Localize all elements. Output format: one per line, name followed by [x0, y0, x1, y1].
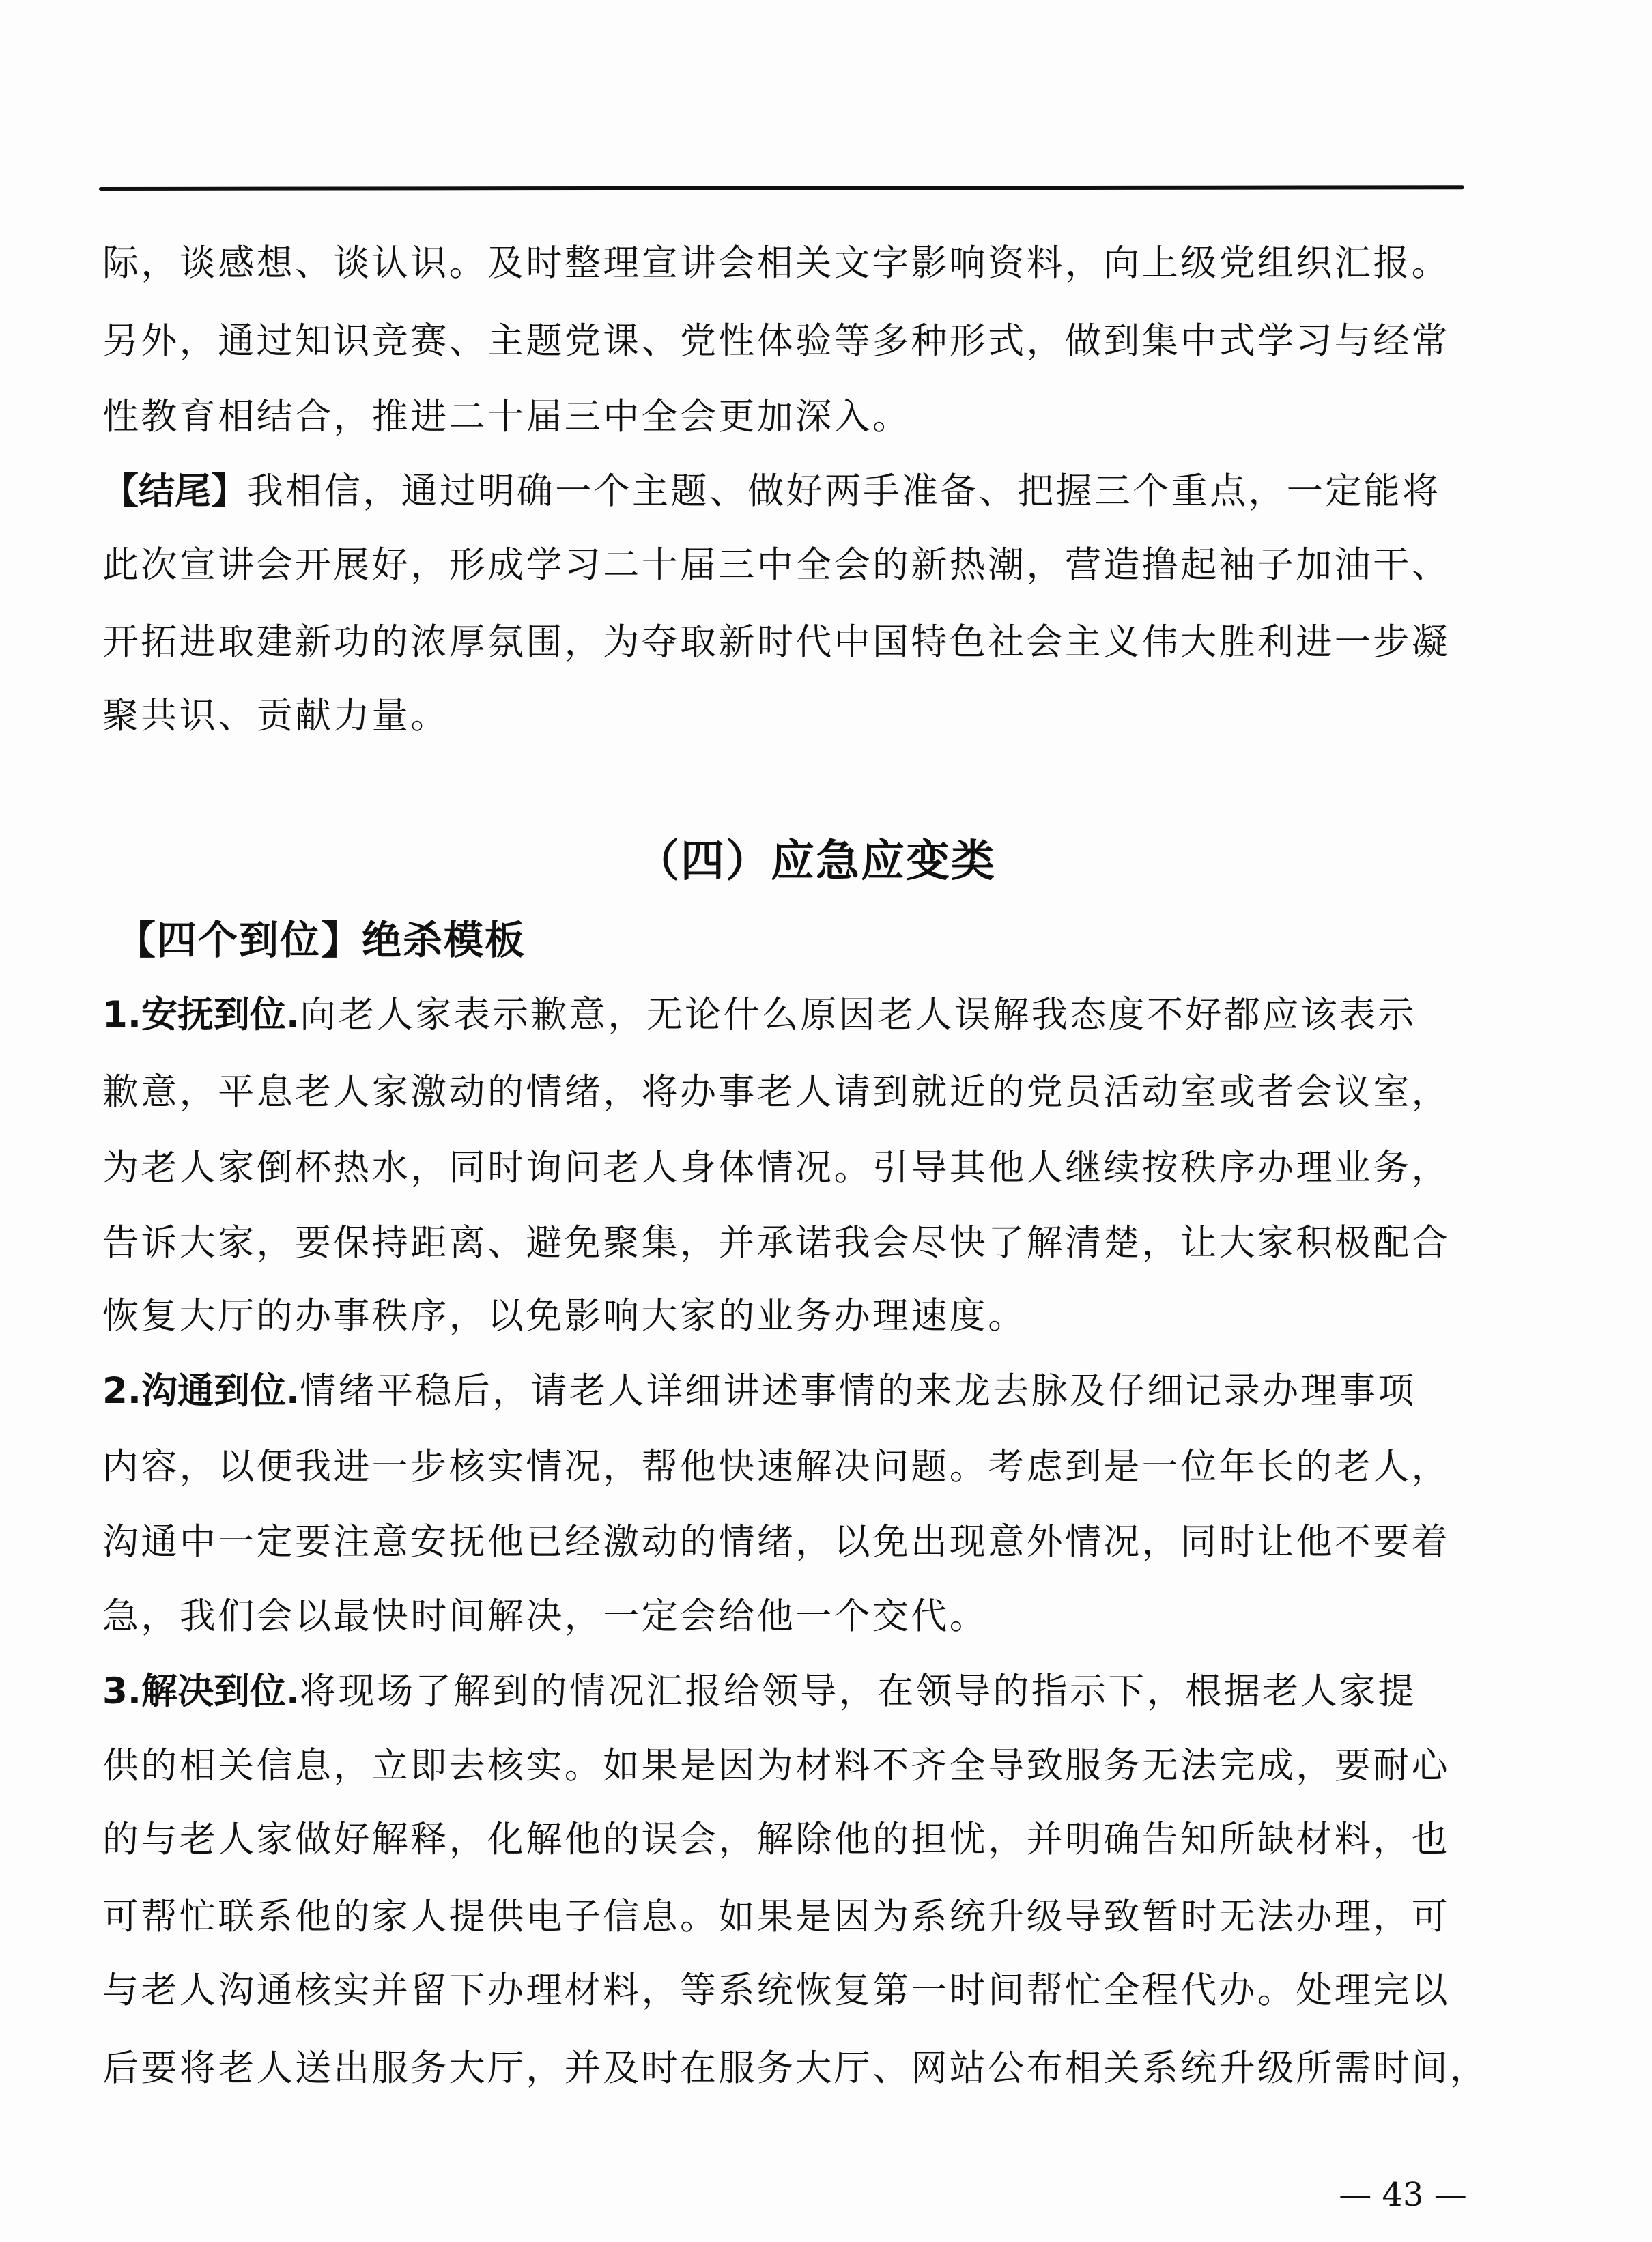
header-rule [99, 185, 1464, 191]
text-line: 性教育相结合，推进二十届三中全会更加深入。 [102, 390, 1502, 444]
text-line: 歉意，平息老人家激动的情绪，将办事老人请到就近的党员活动室或者会议室， [102, 1065, 1502, 1120]
ending-paragraph-first-line: 【结尾】我相信，通过明确一个主题、做好两手准备、把握三个重点，一定能将 [102, 464, 1502, 519]
text-line: 沟通中一定要注意安抚他已经激动的情绪，以免出现意外情况，同时让他不要着 [102, 1515, 1502, 1570]
text-line: 内容，以便我进一步核实情况，帮他快速解决问题。考虑到是一位年长的老人， [102, 1440, 1502, 1494]
ending-label: 【结尾】 [102, 470, 247, 512]
item-3-first-line: 3.解决到位.将现场了解到的情况汇报给领导，在领导的指示下，根据老人家提 [102, 1664, 1502, 1719]
text-line: 的与老人家做好解释，化解他的误会，解除他的担忧，并明确告知所缺材料，也 [102, 1813, 1502, 1867]
sub-heading: 【四个到位】绝杀模板 [116, 913, 526, 967]
text-span: 将现场了解到的情况汇报给领导，在领导的指示下，根据老人家提 [300, 1671, 1416, 1712]
item-1-first-line: 1.安抚到位.向老人家表示歉意，无论什么原因老人误解我态度不好都应该表示 [102, 988, 1502, 1042]
page-number: — 43 — [1314, 2174, 1492, 2215]
text-line: 际，谈感想、谈认识。及时整理宣讲会相关文字影响资料，向上级党组织汇报。 [102, 236, 1502, 291]
item-1-label: 1.安抚到位. [102, 994, 300, 1036]
text-line: 另外，通过知识竞赛、主题党课、党性体验等多种形式，做到集中式学习与经常 [102, 314, 1502, 369]
document-page: 际，谈感想、谈认识。及时整理宣讲会相关文字影响资料，向上级党组织汇报。 另外，通… [0, 0, 1652, 2242]
text-line: 急，我们会以最快时间解决，一定会给他一个交代。 [102, 1589, 1502, 1644]
item-3-label: 3.解决到位. [102, 1671, 300, 1712]
text-line: 为老人家倒杯热水，同时询问老人身体情况。引导其他人继续按秩序办理业务， [102, 1141, 1502, 1195]
text-span: 我相信，通过明确一个主题、做好两手准备、把握三个重点，一定能将 [247, 470, 1440, 512]
text-line: 告诉大家，要保持距离、避免聚集，并承诺我会尽快了解清楚，让大家积极配合 [102, 1216, 1502, 1271]
text-span: 向老人家表示歉意，无论什么原因老人误解我态度不好都应该表示 [300, 994, 1416, 1036]
text-line: 可帮忙联系他的家人提供电子信息。如果是因为系统升级导致暂时无法办理，可 [102, 1890, 1502, 1944]
text-line: 此次宣讲会开展好，形成学习二十届三中全会的新热潮，营造撸起袖子加油干、 [102, 538, 1502, 593]
text-line: 开拓进取建新功的浓厚氛围，为夺取新时代中国特色社会主义伟大胜利进一步凝 [102, 615, 1502, 670]
text-line: 恢复大厅的办事秩序，以免影响大家的业务办理速度。 [102, 1289, 1502, 1344]
text-line: 供的相关信息，立即去核实。如果是因为材料不齐全导致服务无法完成，要耐心 [102, 1739, 1502, 1793]
text-span: 情绪平稳后，请老人详细讲述事情的来龙去脉及仔细记录办理事项 [300, 1370, 1416, 1412]
text-line: 后要将老人送出服务大厅，并及时在服务大厅、网站公布相关系统升级所需时间， [102, 2041, 1502, 2096]
text-line: 聚共识、贡献力量。 [102, 689, 1502, 743]
text-line: 与老人沟通核实并留下办理材料，等系统恢复第一时间帮忙全程代办。处理完以 [102, 1963, 1502, 2018]
section-heading: （四）应急应变类 [0, 834, 1632, 889]
item-2-label: 2.沟通到位. [102, 1370, 300, 1412]
item-2-first-line: 2.沟通到位.情绪平稳后，请老人详细讲述事情的来龙去脉及仔细记录办理事项 [102, 1364, 1502, 1419]
